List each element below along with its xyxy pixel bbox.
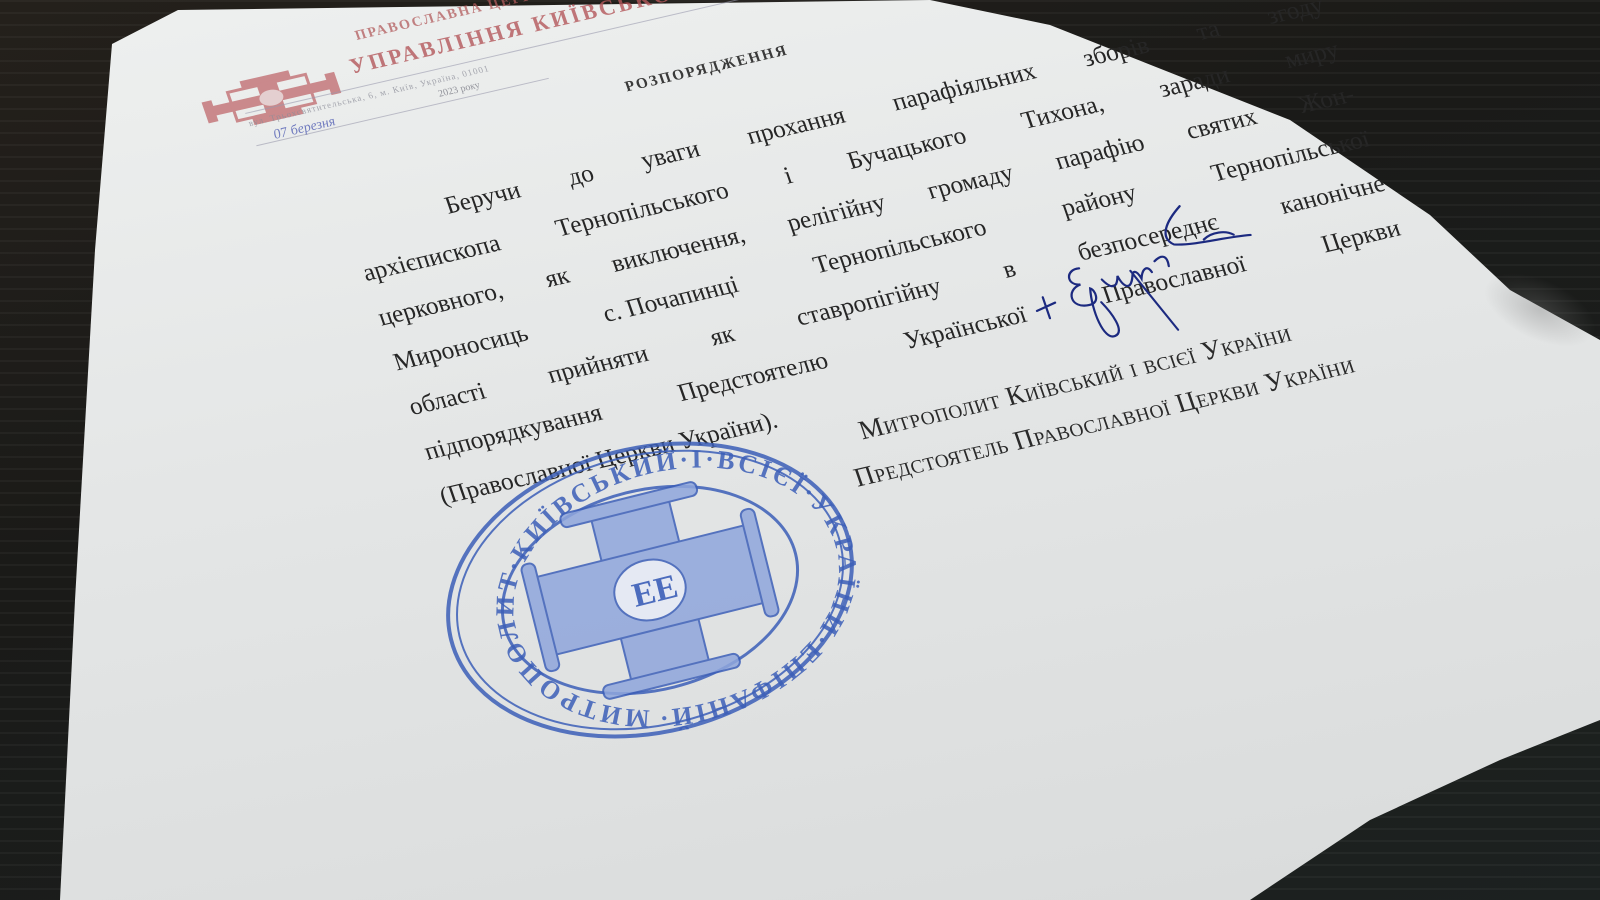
body-word: та xyxy=(1189,6,1226,56)
body-word: як xyxy=(703,311,741,361)
body-word: як xyxy=(538,253,576,303)
document-title: РОЗПОРЯДЖЕННЯ xyxy=(623,43,791,97)
body-word: до xyxy=(561,150,601,200)
body-word: і xyxy=(777,153,799,199)
official-seal-stamp: МИТРОПОЛИТ·КИЇВСЬКИЙ·І·ВСІЄЇ·УКРАЇНИ·ЕПІ… xyxy=(440,440,880,740)
